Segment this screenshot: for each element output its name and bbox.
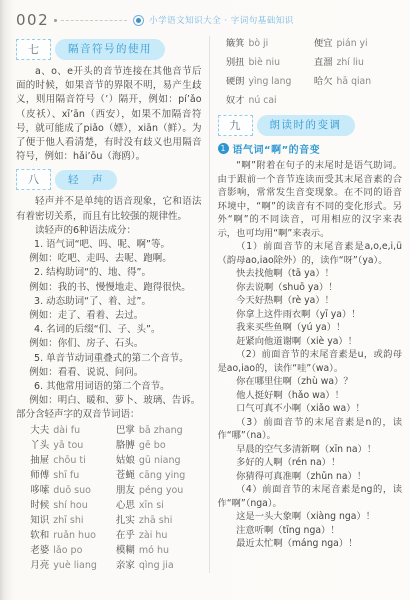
word-row: 奴才nú cai	[218, 91, 403, 110]
target-icon	[133, 15, 144, 26]
rule-item-6: 6. 其他常用词语的第二个音节。	[16, 380, 202, 394]
example-sentence: 你拿上这件雨衣啊（yī ya）！	[218, 308, 403, 322]
word-entry: 丫头yā tou	[30, 438, 116, 453]
example-sentence: 最近太忙啊（máng nga）！	[218, 537, 403, 551]
section-9-banner: 九 朗读时的变调	[218, 115, 403, 136]
word-entry: 软和ruǎn huo	[30, 528, 116, 543]
word-row: 哆嗦duō suo 朋友péng you	[16, 483, 202, 498]
section-7-title: 隔音符号的使用	[55, 39, 165, 60]
word-entry: 师傅shī fu	[30, 468, 116, 483]
rule-example-2: 例如：我的书、慢慢地走、跑得很快。	[16, 281, 202, 295]
word-entry: 苍蝇cāng ying	[116, 468, 202, 483]
word-entry: 姑娘gū niang	[116, 453, 202, 468]
section-8-intro: 轻声并不是单纯的语音现象，它和语法有着密切关系，而且有比较强的规律性。	[16, 195, 202, 223]
section-8-number: 八	[16, 169, 51, 190]
word-entry: 朋友péng you	[116, 483, 202, 498]
word-entry: 心思xīn si	[116, 498, 202, 513]
word-entry: 哆嗦duō suo	[30, 483, 116, 498]
section-9-title: 朗读时的变调	[257, 115, 355, 136]
word-row: 软和ruǎn huo 在乎zài hu	[16, 528, 202, 543]
rule-item-2: 2. 结构助词“的、地、得”。	[16, 266, 202, 280]
word-entry: 亲家qìng jia	[116, 558, 202, 573]
left-column: 七 隔音符号的使用 a、o、e开头的音节连接在其他音节后面的时候，如果音节的界限…	[16, 34, 209, 573]
subsection-1-header: 1 语气词“啊”的音变	[218, 141, 403, 156]
section-8-lead: 读轻声的6种语法成分：	[16, 224, 202, 238]
example-sentence: 他人挺好啊（hǎo wa）！	[218, 389, 403, 403]
word-entry: 时候shí hou	[30, 498, 116, 513]
word-entry: 直溜zhí liu	[314, 53, 402, 72]
rule-item-5: 5. 单音节动词重叠式的第二个音节。	[16, 352, 202, 366]
word-entry: 胳膊gē bo	[116, 438, 202, 453]
word-row: 丫头yā tou 胳膊gē bo	[16, 438, 202, 453]
right-column: 簸箕bò ji 便宜pián yi 别扭biè niu 直溜zhí liu 硬朗…	[210, 34, 403, 573]
word-entry: 巴掌bā zhang	[116, 423, 202, 438]
book-title: 小学语文知识大全 · 字词句基础知识	[149, 14, 294, 26]
page-header: 002 小学语文知识大全 · 字词句基础知识	[16, 10, 402, 30]
example-sentence: 你去说啊（shuō ya）！	[218, 281, 403, 295]
section-8-title: 轻 声	[55, 170, 117, 191]
section-7-banner: 七 隔音符号的使用	[16, 39, 202, 60]
word-entry: 扎实zhā shi	[116, 513, 202, 528]
word-entry: 哈欠hā qian	[314, 72, 402, 91]
word-row: 抽屉chōu ti 姑娘gū niang	[16, 453, 202, 468]
word-row: 别扭biè niu 直溜zhí liu	[218, 53, 403, 72]
word-entry: 硬朗yìng lang	[226, 72, 314, 91]
word-entry: 簸箕bò ji	[226, 34, 314, 53]
rule-item-3: 3. 动态助词“了、着、过”。	[16, 295, 202, 309]
word-entry: 在乎zài hu	[116, 528, 202, 543]
section-7-number: 七	[16, 39, 51, 60]
word-row: 师傅shī fu 苍蝇cāng ying	[16, 468, 202, 483]
textbook-page: 002 小学语文知识大全 · 字词句基础知识 七 隔音符号的使用 a、o、e开头…	[0, 0, 410, 600]
subsection-number-badge: 1	[218, 143, 229, 154]
word-row: 老婆lǎo po 模糊mó hu	[16, 543, 202, 558]
two-column-layout: 七 隔音符号的使用 a、o、e开头的音节连接在其他音节后面的时候，如果音节的界限…	[16, 34, 402, 573]
case-4-rule: （4）前面音节的末尾音素是ng的，读作“啊”（nga）。	[218, 483, 403, 510]
example-sentence: 多好的人啊（rén na）！	[218, 456, 403, 470]
word-entry: 大夫dài fu	[30, 423, 116, 438]
case-2-rule: （2）前面音节的末尾音素是u，或韵母是ao,iao的，读作“哇”（wa）。	[218, 348, 403, 375]
example-sentence: 注意听啊（tīng nga）！	[218, 524, 403, 538]
word-entry: 知识zhī shi	[30, 513, 116, 528]
case-3-rule: （3）前面音节的末尾音素是n的，读作“哪”（na）。	[218, 416, 403, 443]
rule-example-3: 例如：走了、看着、去过。	[16, 309, 202, 323]
example-sentence: 今天好热啊（rè ya）！	[218, 294, 403, 308]
word-row: 硬朗yìng lang 哈欠hā qian	[218, 72, 403, 91]
section-9-number: 九	[218, 115, 253, 136]
word-row: 月亮yuè liang 亲家qìng jia	[16, 558, 202, 573]
word-list-lead: 部分含轻声字的双音节词语：	[16, 408, 202, 422]
word-entry: 别扭biè niu	[226, 53, 314, 72]
rule-item-4: 4. 名词的后缀“们、子、头”。	[16, 323, 202, 337]
word-entry: 模糊mó hu	[116, 543, 202, 558]
word-row: 簸箕bò ji 便宜pián yi	[218, 34, 403, 53]
leader-line	[61, 20, 127, 21]
example-sentence: 你猜得可真准啊（zhǔn na）！	[218, 470, 403, 484]
word-row: 时候shí hou 心思xīn si	[16, 498, 202, 513]
rule-example-1: 例如：吃吧、走吗、去呢、跑啊。	[16, 252, 202, 266]
case-1-rule: （1）前面音节的末尾音素是a,o,e,i,ü（韵母ao,iao除外）的，读作“呀…	[218, 240, 403, 267]
example-sentence: 早晨的空气多清新啊（xīn na）！	[218, 443, 403, 457]
word-entry: 月亮yuè liang	[30, 558, 116, 573]
rule-item-1: 1. 语气词“吧、吗、呢、啊”等。	[16, 238, 202, 252]
word-row: 大夫dài fu 巴掌bā zhang	[16, 423, 202, 438]
subsection-1-title: 语气词“啊”的音变	[233, 141, 321, 156]
page-number: 002	[16, 11, 49, 29]
example-sentence: 快去找他啊（tā ya）！	[218, 267, 403, 281]
example-sentence: 你在哪里住啊（zhù wa）？	[218, 375, 403, 389]
rule-example-5: 例如：看看、说说、问问。	[16, 366, 202, 380]
section-7-body: a、o、e开头的音节连接在其他音节后面的时候，如果音节的界限不明，易产生歧义，则…	[16, 65, 202, 164]
section-8-banner: 八 轻 声	[16, 169, 202, 190]
word-entry: 抽屉chōu ti	[30, 453, 116, 468]
word-entry: 老婆lǎo po	[30, 543, 116, 558]
example-sentence: 这是一头大象啊（xiàng nga）！	[218, 510, 403, 524]
example-sentence: 我来买些鱼啊（yú ya）！	[218, 321, 403, 335]
example-sentence: 口气可真不小啊（xiǎo wa）！	[218, 402, 403, 416]
example-sentence: 赶紧向他道谢啊（xiè ya）！	[218, 335, 403, 349]
rule-example-6: 例如：明白、暖和、萝卜、玻璃、告诉。	[16, 394, 202, 408]
word-entry	[314, 91, 402, 110]
rule-example-4: 例如：你们、房子、石头。	[16, 337, 202, 351]
section-9-intro: “啊”附着在句子的末尾时是语气助词。由于跟前一个音节连读而受其末尾音素的合音影响…	[218, 159, 403, 240]
word-entry: 便宜pián yi	[314, 34, 402, 53]
word-row: 知识zhī shi 扎实zhā shi	[16, 513, 202, 528]
page-number-dot	[54, 19, 57, 22]
word-entry: 奴才nú cai	[226, 91, 314, 110]
